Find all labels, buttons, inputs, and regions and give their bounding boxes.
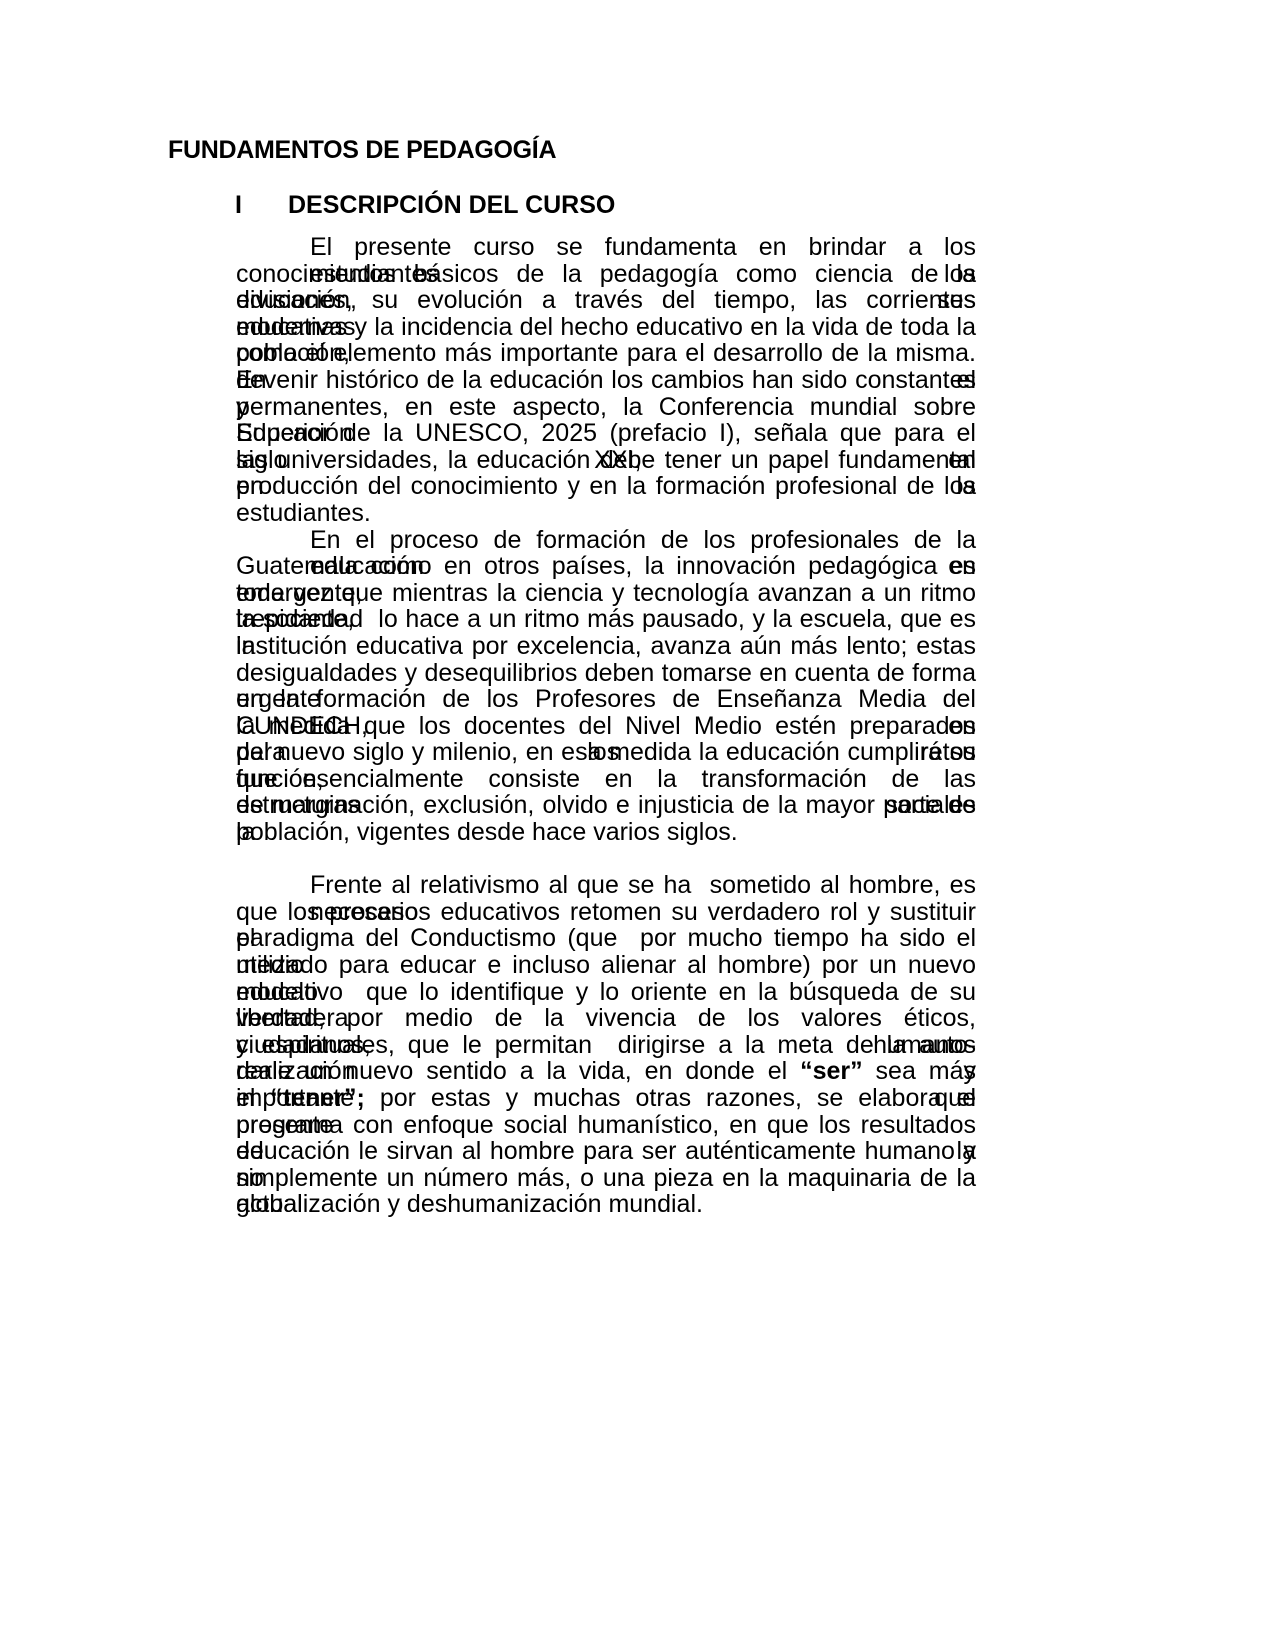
text-line: libertad, por medio de la vivencia de lo…: [236, 1005, 976, 1032]
text-line: simplemente un número más, o una pieza e…: [236, 1165, 976, 1192]
text-line: desigualdades y desequilibrios deben tom…: [236, 660, 976, 687]
text-line: las universidades, la educación debe ten…: [236, 447, 976, 474]
text-line: El presente curso se fundamenta en brind…: [236, 234, 976, 261]
text-line: institución educativa por excelencia, av…: [236, 633, 976, 660]
text-line: divisiones, su evolución a través del ti…: [236, 287, 976, 314]
text-line: educativo que lo identifique y lo orient…: [236, 979, 976, 1006]
text-line: devenir histórico de la educación los ca…: [236, 367, 976, 394]
bold-text-run: “ser”: [800, 1057, 863, 1085]
bold-text-run: “tener”;: [270, 1084, 364, 1112]
section-number: I: [235, 192, 288, 219]
text-line: Frente al relativismo al que se ha somet…: [236, 872, 976, 899]
text-run: el: [236, 1084, 270, 1112]
document-title: FUNDAMENTOS DE PEDAGOGÍA: [168, 137, 556, 164]
text-line: el “tener”; por estas y muchas otras raz…: [236, 1085, 976, 1112]
text-line: que los procesos educativos retomen su v…: [236, 899, 976, 926]
text-line: la medida que los docentes del Nivel Med…: [236, 713, 976, 740]
text-run: institución educativa por excelencia, av…: [236, 632, 976, 660]
text-line: de marginación, exclusión, olvido e inju…: [236, 792, 976, 819]
text-run: darle un nuevo sentido a la vida, en don…: [236, 1057, 800, 1085]
text-line: utilizado para educar e incluso alienar …: [236, 952, 976, 979]
text-line: En el proceso de formación de los profes…: [236, 527, 976, 554]
paragraphs: El presente curso se fundamenta en brind…: [236, 234, 976, 1218]
text-line: del nuevo siglo y milenio, en esa medida…: [236, 739, 976, 766]
text-line: la sociedad lo hace a un ritmo más pausa…: [236, 606, 976, 633]
text-line: darle un nuevo sentido a la vida, en don…: [236, 1058, 976, 1085]
text-line: programa con enfoque social humanístico,…: [236, 1112, 976, 1139]
paragraph: Frente al relativismo al que se ha somet…: [236, 872, 976, 1218]
text-run: población, vigentes desde hace varios si…: [236, 818, 738, 846]
text-line: toda vez que mientras la ciencia y tecno…: [236, 580, 976, 607]
text-line: paradigma del Conductismo (que por mucho…: [236, 925, 976, 952]
text-line: permanentes, en este aspecto, la Confere…: [236, 394, 976, 421]
section-heading: IDESCRIPCIÓN DEL CURSO: [235, 192, 615, 219]
text-line: educación le sirvan al hombre para ser a…: [236, 1138, 976, 1165]
text-run: producción del conocimiento y en la form…: [236, 472, 983, 527]
document-page: FUNDAMENTOS DE PEDAGOGÍA IDESCRIPCIÓN DE…: [0, 0, 1275, 1650]
text-line: en la formación de los Profesores de Ens…: [236, 686, 976, 713]
text-line: producción del conocimiento y en la form…: [236, 473, 976, 500]
text-line: como el elemento más importante para el …: [236, 340, 976, 367]
text-line: Guatemala como en otros países, la innov…: [236, 553, 976, 580]
text-line: conocimientos básicos de la pedagogía co…: [236, 261, 976, 288]
text-line: modernas y la incidencia del hecho educa…: [236, 314, 976, 341]
text-line: que esencialmente consiste en la transfo…: [236, 766, 976, 793]
section-heading-text: DESCRIPCIÓN DEL CURSO: [288, 191, 615, 219]
text-line: y espirituales, que le permitan dirigirs…: [236, 1032, 976, 1059]
paragraph: En el proceso de formación de los profes…: [236, 527, 976, 846]
text-line: globalización y deshumanización mundial.: [236, 1191, 976, 1218]
text-run: globalización y deshumanización mundial.: [236, 1190, 703, 1218]
text-line: Superior de la UNESCO, 2025 (prefacio I)…: [236, 420, 976, 447]
paragraph: El presente curso se fundamenta en brind…: [236, 234, 976, 500]
text-line: población, vigentes desde hace varios si…: [236, 819, 976, 846]
